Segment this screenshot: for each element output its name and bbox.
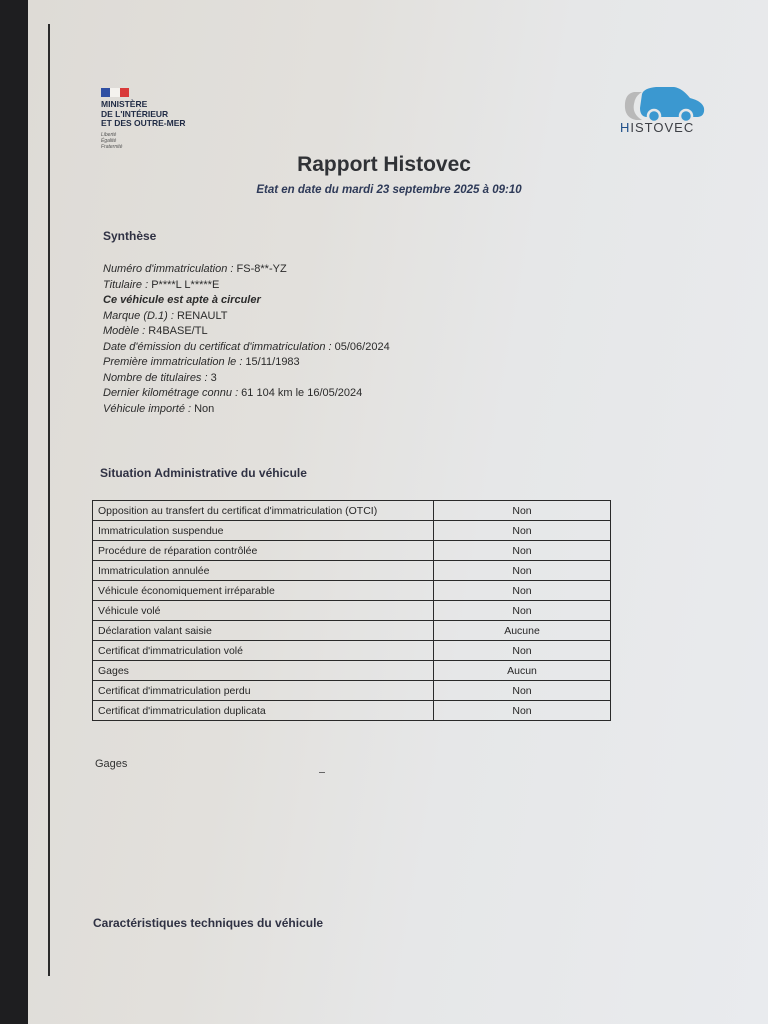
synthese-label: Numéro d'immatriculation : [103, 263, 233, 275]
synthese-value: P****L L*****E [148, 279, 219, 291]
synthese-list: Numéro d'immatriculation : FS-8**-YZTitu… [103, 262, 390, 417]
histovec-brand-text: HISTOVEC [620, 120, 710, 135]
row-label: Procédure de réparation contrôlée [93, 541, 434, 561]
synthese-label: Nombre de titulaires : [103, 372, 208, 384]
row-value: Non [434, 641, 611, 661]
synthese-label: Modèle : [103, 325, 145, 337]
gages-empty-value [319, 772, 325, 773]
synthese-value: 15/11/1983 [242, 356, 299, 368]
row-value: Non [434, 581, 611, 601]
republic-motto: Liberté Égalité Fraternité [101, 132, 186, 150]
synthese-value: Non [191, 403, 214, 415]
synthese-line: Marque (D.1) : RENAULT [103, 309, 390, 325]
row-label: Immatriculation annulée [93, 561, 434, 581]
synthese-label: Date d'émission du certificat d'immatric… [103, 341, 332, 353]
row-label: Opposition au transfert du certificat d'… [93, 501, 434, 521]
flag-stripe-red [120, 88, 129, 97]
row-value: Non [434, 521, 611, 541]
row-label: Certificat d'immatriculation perdu [93, 681, 434, 701]
synthese-label: Titulaire : [103, 279, 148, 291]
synthese-value: 05/06/2024 [332, 341, 390, 353]
table-row: Véhicule économiquement irréparableNon [93, 581, 611, 601]
row-label: Véhicule volé [93, 601, 434, 621]
table-row: Procédure de réparation contrôléeNon [93, 541, 611, 561]
row-value: Aucune [434, 621, 611, 641]
synthese-line: Première immatriculation le : 15/11/1983 [103, 355, 390, 371]
report-date: Etat en date du mardi 23 septembre 2025 … [0, 184, 768, 196]
synthese-line: Modèle : R4BASE/TL [103, 324, 390, 340]
row-label: Gages [93, 661, 434, 681]
synthese-value: R4BASE/TL [145, 325, 207, 337]
synthese-line: Ce véhicule est apte à circuler [103, 293, 390, 309]
table-row: Opposition au transfert du certificat d'… [93, 501, 611, 521]
row-label: Immatriculation suspendue [93, 521, 434, 541]
row-value: Non [434, 561, 611, 581]
histovec-logo: HISTOVEC [620, 84, 710, 135]
french-flag-icon [101, 88, 129, 97]
row-label: Véhicule économiquement irréparable [93, 581, 434, 601]
synthese-value: 61 104 km le 16/05/2024 [238, 387, 362, 399]
table-row: Certificat d'immatriculation voléNon [93, 641, 611, 661]
row-label: Certificat d'immatriculation duplicata [93, 701, 434, 721]
table-row: Immatriculation annuléeNon [93, 561, 611, 581]
table-row: Certificat d'immatriculation perduNon [93, 681, 611, 701]
synthese-heading: Synthèse [103, 229, 156, 243]
synthese-label: Marque (D.1) : [103, 310, 174, 322]
synthese-line: Nombre de titulaires : 3 [103, 371, 390, 387]
synthese-label: Première immatriculation le : [103, 356, 242, 368]
table-row: Immatriculation suspendueNon [93, 521, 611, 541]
synthese-line: Véhicule importé : Non [103, 402, 390, 418]
table-row: Déclaration valant saisieAucune [93, 621, 611, 641]
row-label: Certificat d'immatriculation volé [93, 641, 434, 661]
synthese-line: Titulaire : P****L L*****E [103, 278, 390, 294]
table-row: Véhicule voléNon [93, 601, 611, 621]
car-icon [622, 84, 706, 122]
synthese-value: RENAULT [174, 310, 228, 322]
table-row: GagesAucun [93, 661, 611, 681]
flag-stripe-blue [101, 88, 110, 97]
report-title: Rapport Histovec [0, 153, 768, 177]
gages-heading: Gages [95, 758, 127, 770]
flag-stripe-white [110, 88, 119, 97]
caracteristiques-heading: Caractéristiques techniques du véhicule [93, 916, 323, 930]
synthese-value: 3 [208, 372, 217, 384]
row-label: Déclaration valant saisie [93, 621, 434, 641]
situation-heading: Situation Administrative du véhicule [100, 466, 307, 480]
synthese-line: Date d'émission du certificat d'immatric… [103, 340, 390, 356]
table-row: Certificat d'immatriculation duplicataNo… [93, 701, 611, 721]
synthese-line: Numéro d'immatriculation : FS-8**-YZ [103, 262, 390, 278]
synthese-label: Dernier kilométrage connu : [103, 387, 238, 399]
row-value: Aucun [434, 661, 611, 681]
row-value: Non [434, 541, 611, 561]
row-value: Non [434, 501, 611, 521]
synthese-value: FS-8**-YZ [233, 263, 286, 275]
synthese-label: Ce véhicule est apte à circuler [103, 294, 261, 306]
synthese-line: Dernier kilométrage connu : 61 104 km le… [103, 386, 390, 402]
synthese-label: Véhicule importé : [103, 403, 191, 415]
situation-table: Opposition au transfert du certificat d'… [92, 500, 611, 721]
row-value: Non [434, 601, 611, 621]
ministry-logo: MINISTÈRE DE L'INTÉRIEUR ET DES OUTRE-ME… [101, 88, 186, 150]
row-value: Non [434, 681, 611, 701]
ministry-name: MINISTÈRE DE L'INTÉRIEUR ET DES OUTRE-ME… [101, 100, 186, 129]
row-value: Non [434, 701, 611, 721]
